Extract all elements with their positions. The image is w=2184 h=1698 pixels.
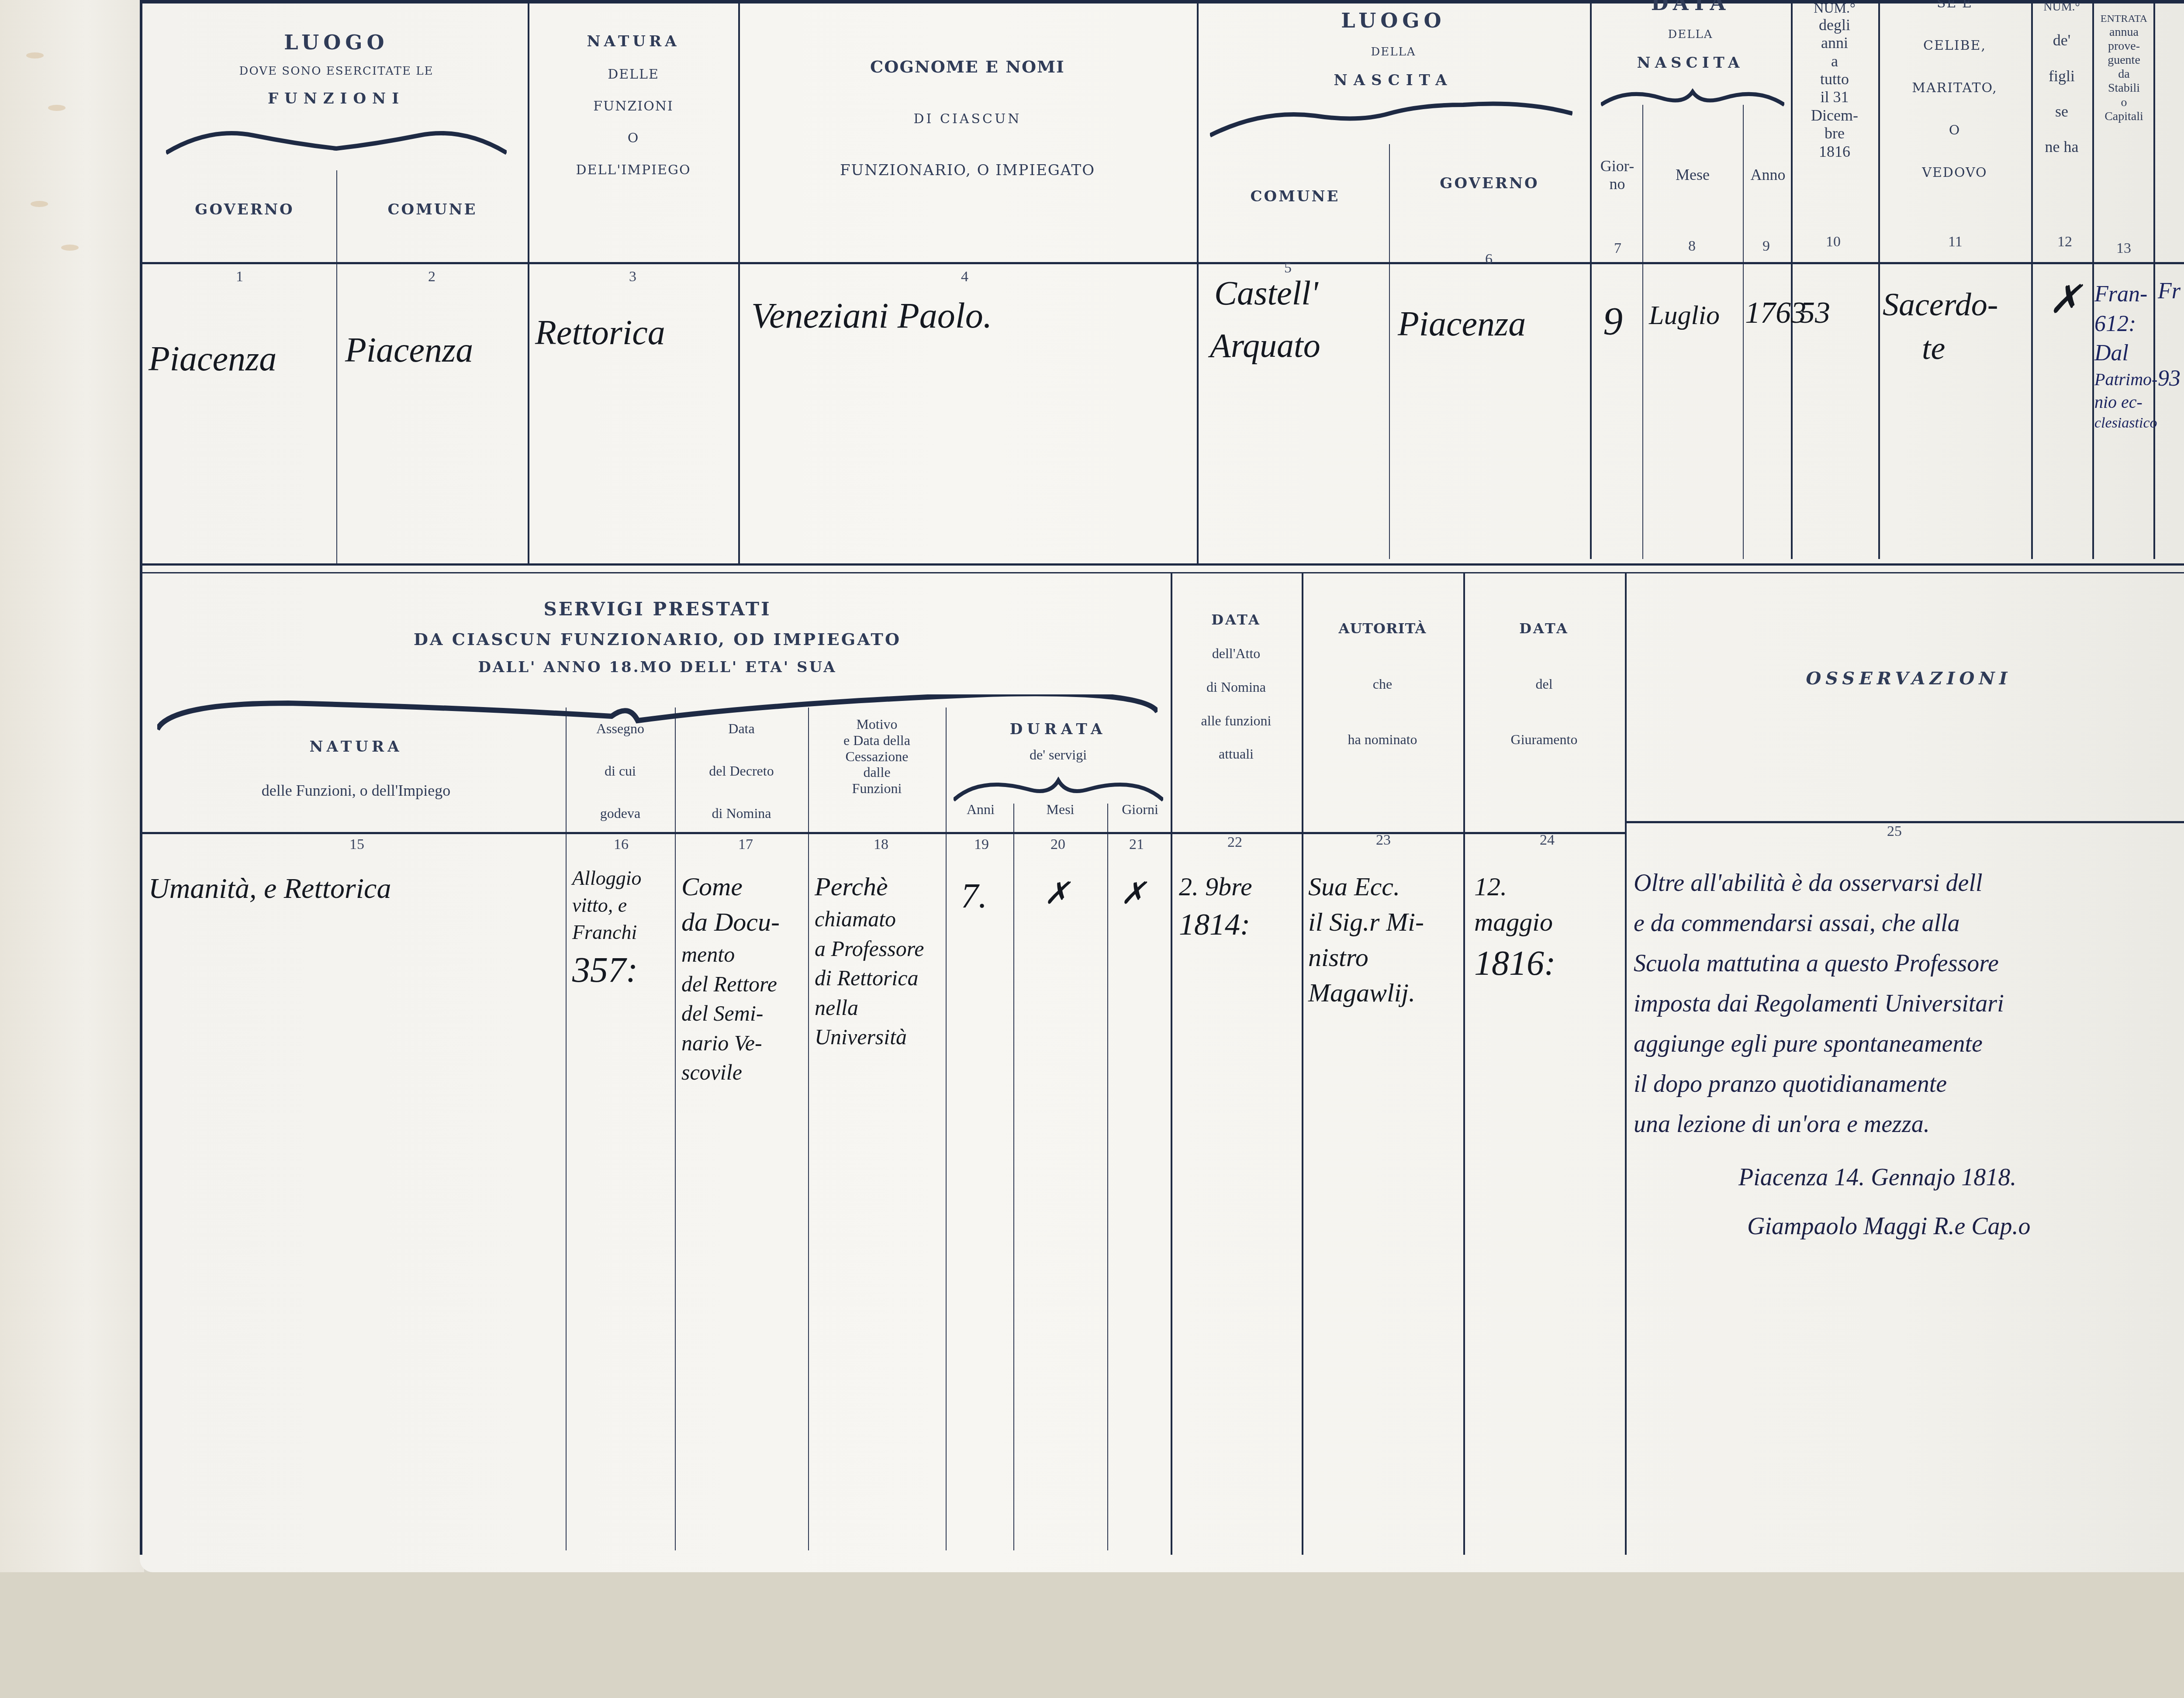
header-mesi: Mesi (1016, 801, 1105, 818)
entry-text: nella (815, 993, 858, 1023)
section-rule (140, 563, 2184, 566)
entry-osservazioni: Oltre all'abilità è da osservarsi dell e… (1634, 869, 2184, 1240)
header-autorita: AUTORITÀ che ha nominato (1304, 620, 1461, 748)
entry-text: Franchi (572, 919, 637, 946)
header-text: del (1535, 676, 1552, 692)
header-governo-6: GOVERNO (1393, 175, 1586, 192)
header-natura-funzioni: NATURA delle Funzioni, o dell'Impiego (149, 738, 563, 800)
entry-anno: 1763 (1745, 297, 1806, 329)
col-divider (1389, 144, 1390, 559)
header-text: DELLE (608, 67, 659, 82)
header-text: de' (2053, 31, 2070, 49)
foxing-stain (61, 245, 79, 251)
header-text: Giuramento (1511, 732, 1578, 748)
header-text: Mesi (1047, 801, 1075, 818)
entry-mese: Luglio (1649, 301, 1720, 330)
entry-stato-civile: Sacerdo- (1883, 288, 1998, 322)
entry-governo: Piacenza (149, 341, 276, 377)
entry-text: chiamato (815, 904, 896, 934)
left-border (140, 0, 142, 1555)
col-divider (1791, 0, 1793, 559)
entry-text: da Docu- (681, 904, 780, 940)
header-text: dell'Atto (1212, 645, 1261, 662)
column-number: 9 (1762, 238, 1770, 255)
header-text: DATA (1519, 620, 1569, 637)
entry-text: del Semi- (681, 999, 763, 1028)
observation-line: e da commendarsi assai, che alla (1634, 909, 1960, 937)
entry-text: Magawlij. (1308, 975, 1415, 1011)
header-text: NATURA (309, 738, 402, 756)
entry-nascita-comune: Castell' (1214, 275, 1318, 311)
entry-data-atto-nomina: 2. 9bre 1814: (1173, 869, 1306, 946)
header-text: MARITATO, (1912, 80, 1997, 96)
header-text: dalle (863, 764, 890, 780)
column-number: 20 (1051, 836, 1065, 853)
header-text: delle Funzioni, o dell'Impiego (262, 782, 450, 800)
header-text: ha nominato (1348, 732, 1417, 748)
curly-brace-ornament (1601, 87, 1784, 114)
observation-line: imposta dai Regolamenti Universitari (1634, 990, 2004, 1018)
header-text: DI CIASCUN (914, 111, 1022, 127)
header-text: OSSERVAZIONI (1806, 668, 2011, 689)
header-giorno: Gior- no (1592, 157, 1642, 193)
column-number: 12 (2057, 234, 2072, 250)
header-text: GOVERNO (195, 201, 294, 218)
entry-text: a Professore (815, 934, 924, 964)
col-divider (1013, 804, 1014, 1550)
header-text: DALL' ANNO 18.MO DELL' ETA' SUA (478, 659, 836, 676)
entry-comune: Piacenza (345, 332, 473, 369)
entry-text: 12. (1474, 869, 1507, 904)
header-text: Stabili (2108, 81, 2140, 95)
header-text: Data (728, 721, 754, 737)
foxing-stain (31, 201, 48, 207)
entry-text: 2. 9bre (1179, 869, 1252, 904)
entry-text: 1814: (1179, 904, 1250, 946)
header-text: DURATA (1010, 721, 1107, 738)
header-text: anni (1821, 34, 1848, 52)
header-anno: Anno (1745, 166, 1791, 184)
header-mese: Mese (1645, 166, 1741, 184)
column-number: 3 (629, 269, 636, 285)
entry-entrata: Fran- 612: Dal Patrimo- nio ec- clesiast… (2094, 280, 2153, 433)
observation-line: il dopo pranzo quotidianamente (1634, 1070, 1947, 1098)
header-text: GOVERNO (1440, 175, 1539, 192)
column-number: 10 (1826, 234, 1841, 250)
header-text: di cui (605, 763, 636, 779)
header-entrata: ENTRATA annua prove- guente da Stabili o… (2094, 13, 2153, 124)
observation-line: aggiunge egli pure spontaneamente (1634, 1030, 1983, 1058)
curly-brace-ornament (954, 776, 1163, 802)
foxing-stain (48, 105, 66, 111)
col-divider (1107, 804, 1108, 1550)
header-text: del Decreto (709, 763, 774, 779)
column-number: 19 (974, 836, 989, 853)
entry-cognome-nomi: Veneziani Paolo. (751, 297, 992, 335)
entry-text: Alloggio (572, 865, 641, 892)
header-text: 1816 (1819, 143, 1850, 161)
column-number: 22 (1227, 834, 1242, 851)
book-page-edge (0, 0, 144, 1698)
entry-next-column: Fr (2158, 280, 2181, 304)
col-divider (1642, 105, 1643, 559)
place-date: Piacenza 14. Gennajo 1818. (1738, 1163, 2016, 1191)
observation-line: una lezione di un'ora e mezza. (1634, 1110, 1930, 1138)
signature: Giampaolo Maggi R.e Cap.o (1747, 1212, 2031, 1240)
header-anni: Anni (948, 801, 1013, 818)
header-text: O (1949, 123, 1961, 138)
header-text: ne ha (2045, 138, 2079, 156)
header-text: alle funzioni (1201, 713, 1272, 729)
observation-line: Scuola mattutina a questo Professore (1634, 949, 1999, 977)
header-text: guente (2108, 53, 2140, 67)
header-text: figli (2049, 67, 2075, 85)
header-text: NATURA (587, 33, 680, 50)
entry-figli: ✗ (2049, 280, 2081, 321)
header-text: DA CIASCUN FUNZIONARIO, OD IMPIEGATO (414, 629, 901, 649)
entry-text: 357: (572, 946, 638, 994)
column-number: 7 (1614, 240, 1621, 257)
header-cognome-nomi: COGNOME E NOMI DI CIASCUN FUNZIONARIO, O… (743, 57, 1192, 179)
header-text: Motivo (856, 716, 897, 732)
header-natura: NATURA DELLE FUNZIONI O DELL'IMPIEGO (531, 33, 736, 178)
section-rule (140, 572, 2184, 573)
header-text: O (628, 131, 639, 146)
column-number: 18 (874, 836, 888, 853)
header-text: LUOGO (1341, 9, 1445, 32)
entry-natura-impiego: Rettorica (535, 314, 665, 351)
header-text: DELL'IMPIEGO (576, 162, 691, 178)
col-divider (2092, 0, 2094, 559)
header-text: SERVIGI PRESTATI (543, 598, 771, 620)
header-text: Gior- (1600, 157, 1634, 175)
entry-giorno: 9 (1603, 301, 1623, 343)
header-text: a (1831, 52, 1838, 70)
header-text: NASCITA (1334, 72, 1453, 89)
foxing-stain (26, 52, 44, 59)
entry-data-giuramento: 12. maggio 1816: (1465, 869, 1631, 987)
header-text: de' servigi (1030, 747, 1087, 763)
header-text: Mese (1676, 166, 1710, 184)
entry-text: scovile (681, 1058, 742, 1087)
entry-text: del Rettore (681, 970, 777, 999)
entry-text: di Rettorica (815, 963, 918, 993)
header-osservazioni: OSSERVAZIONI (1627, 668, 2184, 689)
col-divider (1171, 572, 1172, 1555)
header-data-giuramento: DATA del Giuramento (1465, 620, 1623, 748)
entry-nascita-governo: Piacenza (1398, 306, 1526, 342)
entry-autorita: Sua Ecc. il Sig.r Mi- nistro Magawlij. (1304, 869, 1465, 1011)
header-text: AUTORITÀ (1339, 620, 1427, 637)
header-text: Funzioni (852, 780, 902, 797)
header-text: DATA (1211, 611, 1261, 628)
header-text: Dicem- (1811, 107, 1858, 124)
column-number: 6 (1485, 251, 1493, 268)
header-text: di Nomina (1206, 679, 1266, 695)
header-text: FUNZIONI (268, 90, 405, 107)
column-number: 15 (349, 836, 364, 853)
header-text: FUNZIONI (593, 99, 674, 114)
header-num-figli: NUM.° de' figli se ne ha (2033, 0, 2090, 156)
col-divider (1878, 0, 1880, 559)
entry-assegno: Alloggio vitto, e Franchi 357: (568, 865, 677, 994)
header-text: il 31 (1820, 88, 1849, 106)
header-text: no (1610, 175, 1625, 193)
header-rule (140, 832, 1625, 834)
column-number: 1 (236, 269, 243, 285)
entry-stato-civile: te (1922, 332, 1945, 366)
header-text: NUM.° (2043, 0, 2080, 14)
col-divider (1743, 105, 1744, 559)
header-text: Assegno (596, 721, 644, 737)
entry-text: Come (681, 869, 743, 904)
column-number: 24 (1540, 832, 1555, 849)
col-divider (336, 170, 337, 563)
entry-text: mento (681, 940, 735, 970)
top-border (140, 0, 2184, 3)
header-text: attuali (1219, 746, 1254, 762)
register-page: LUOGO DOVE SONO ESERCITATE LE FUNZIONI G… (140, 0, 2184, 1572)
header-text: e Data della (843, 732, 910, 749)
header-text: DELLA (1371, 45, 1416, 59)
header-assegno: Assegno di cui godeva (568, 721, 673, 821)
header-text: Cessazione (846, 749, 909, 765)
header-data-decreto: Data del Decreto di Nomina (677, 721, 806, 821)
entry-data-decreto: Come da Docu- mento del Rettore del Semi… (677, 869, 810, 1087)
column-number: 11 (1948, 234, 1963, 250)
curly-brace-ornament (1210, 100, 1572, 140)
header-text: prove- (2108, 39, 2140, 53)
header-text: Anno (1751, 166, 1786, 184)
header-rule (1625, 821, 2184, 823)
entry-text: clesiastico (2094, 414, 2157, 433)
header-giorni: Giorni (1109, 801, 1171, 818)
background-surface (0, 1572, 2184, 1698)
entry-next-column: 93 (2158, 367, 2181, 391)
header-text: o (2121, 96, 2127, 110)
entry-text: Patrimo- (2094, 368, 2157, 391)
header-text: se (2055, 103, 2068, 121)
col-divider (1197, 0, 1199, 563)
header-text: COGNOME E NOMI (870, 57, 1065, 76)
entry-text: nistro (1308, 940, 1368, 975)
entry-text: Dal (2094, 338, 2129, 368)
header-text: SE È (1937, 0, 1973, 11)
entry-text: 612: (2094, 309, 2136, 339)
header-text: bre (1825, 124, 1845, 142)
header-text: DELLA (1668, 28, 1713, 41)
col-divider (2031, 0, 2033, 559)
entry-giorni: ✗ (1120, 878, 1146, 910)
col-divider (738, 0, 740, 563)
column-number: 21 (1129, 836, 1144, 853)
entry-mesi: ✗ (1044, 878, 1070, 910)
header-comune-2: COMUNE (341, 201, 524, 218)
header-text: da (2118, 67, 2129, 81)
header-text: godeva (600, 805, 640, 821)
header-governo-1: GOVERNO (157, 201, 332, 218)
col-divider (1463, 572, 1465, 1555)
header-text: che (1373, 676, 1392, 692)
header-text: annua (2109, 25, 2139, 39)
column-number: 4 (961, 269, 968, 285)
entry-text: Fran- (2094, 280, 2147, 309)
header-data-nascita: DATA DELLA NASCITA (1592, 0, 1789, 72)
observation-line: Oltre all'abilità è da osservarsi dell (1634, 869, 1983, 897)
entry-motivo-cessazione: Perchè chiamato a Professore di Rettoric… (810, 869, 948, 1052)
header-text: tutto (1820, 70, 1849, 88)
entry-text: 1816: (1474, 940, 1556, 987)
column-number: 16 (614, 836, 629, 853)
column-number: 23 (1376, 832, 1391, 849)
entry-anni: 7. (961, 878, 987, 915)
column-number: 8 (1688, 238, 1696, 255)
header-text: NUM.° (1814, 0, 1855, 16)
header-text: Anni (967, 801, 995, 818)
header-servigi-prestati: SERVIGI PRESTATI DA CIASCUN FUNZIONARIO,… (149, 598, 1166, 676)
header-text: FUNZIONARIO, O IMPIEGATO (840, 162, 1095, 179)
entry-text: vitto, e (572, 892, 627, 919)
header-luogo-nascita: LUOGO DELLA NASCITA (1201, 9, 1586, 89)
col-divider (1625, 572, 1627, 1555)
col-divider (2153, 0, 2155, 559)
column-number: 25 (1887, 823, 1902, 840)
header-text: CELIBE, (1923, 38, 1986, 53)
column-number: 13 (2116, 240, 2131, 257)
header-motivo-cessazione: Motivo e Data della Cessazione dalle Fun… (810, 716, 943, 797)
entry-text: Perchè (815, 869, 888, 904)
header-text: COMUNE (1251, 188, 1340, 205)
col-divider (528, 0, 529, 563)
header-text: LUOGO (284, 31, 388, 54)
header-text: DATA (1651, 0, 1730, 15)
column-number: 17 (738, 836, 753, 853)
header-text: COMUNE (388, 201, 477, 218)
header-text: NASCITA (1637, 54, 1744, 72)
entry-eta: 53 (1800, 297, 1830, 329)
header-text: Capitali (2105, 110, 2143, 124)
header-text: degli (1819, 16, 1850, 34)
entry-text: nario Ve- (681, 1028, 762, 1058)
entry-text: il Sig.r Mi- (1308, 904, 1424, 940)
header-stato-civile: SE È CELIBE, MARITATO, O VEDOVO (1880, 0, 2029, 180)
header-data-atto-nomina: DATA dell'Atto di Nomina alle funzioni a… (1173, 611, 1299, 762)
header-rule (140, 262, 2184, 264)
col-divider (1590, 0, 1592, 559)
header-text: Giorni (1122, 801, 1158, 818)
header-durata: DURATA de' servigi (948, 721, 1168, 802)
header-num-anni: NUM.° degli anni a tutto il 31 Dicem- br… (1793, 0, 1876, 161)
curly-brace-ornament (166, 127, 507, 162)
header-text: DOVE SONO ESERCITATE LE (239, 65, 434, 78)
col-divider (1302, 572, 1303, 1555)
header-luogo-funzioni: LUOGO DOVE SONO ESERCITATE LE FUNZIONI (149, 31, 524, 107)
entry-natura-funzioni: Umanità, e Rettorica (149, 873, 391, 904)
header-text: VEDOVO (1922, 165, 1987, 180)
header-comune-5: COMUNE (1206, 188, 1385, 205)
entry-nascita-comune: Arquato (1210, 328, 1320, 363)
header-text: ENTRATA (2101, 13, 2147, 25)
entry-text: maggio (1474, 904, 1553, 940)
entry-text: Sua Ecc. (1308, 869, 1400, 904)
entry-text: Università (815, 1022, 907, 1052)
column-number: 2 (428, 269, 435, 285)
header-text: di Nomina (712, 805, 771, 821)
entry-text: nio ec- (2094, 391, 2143, 414)
